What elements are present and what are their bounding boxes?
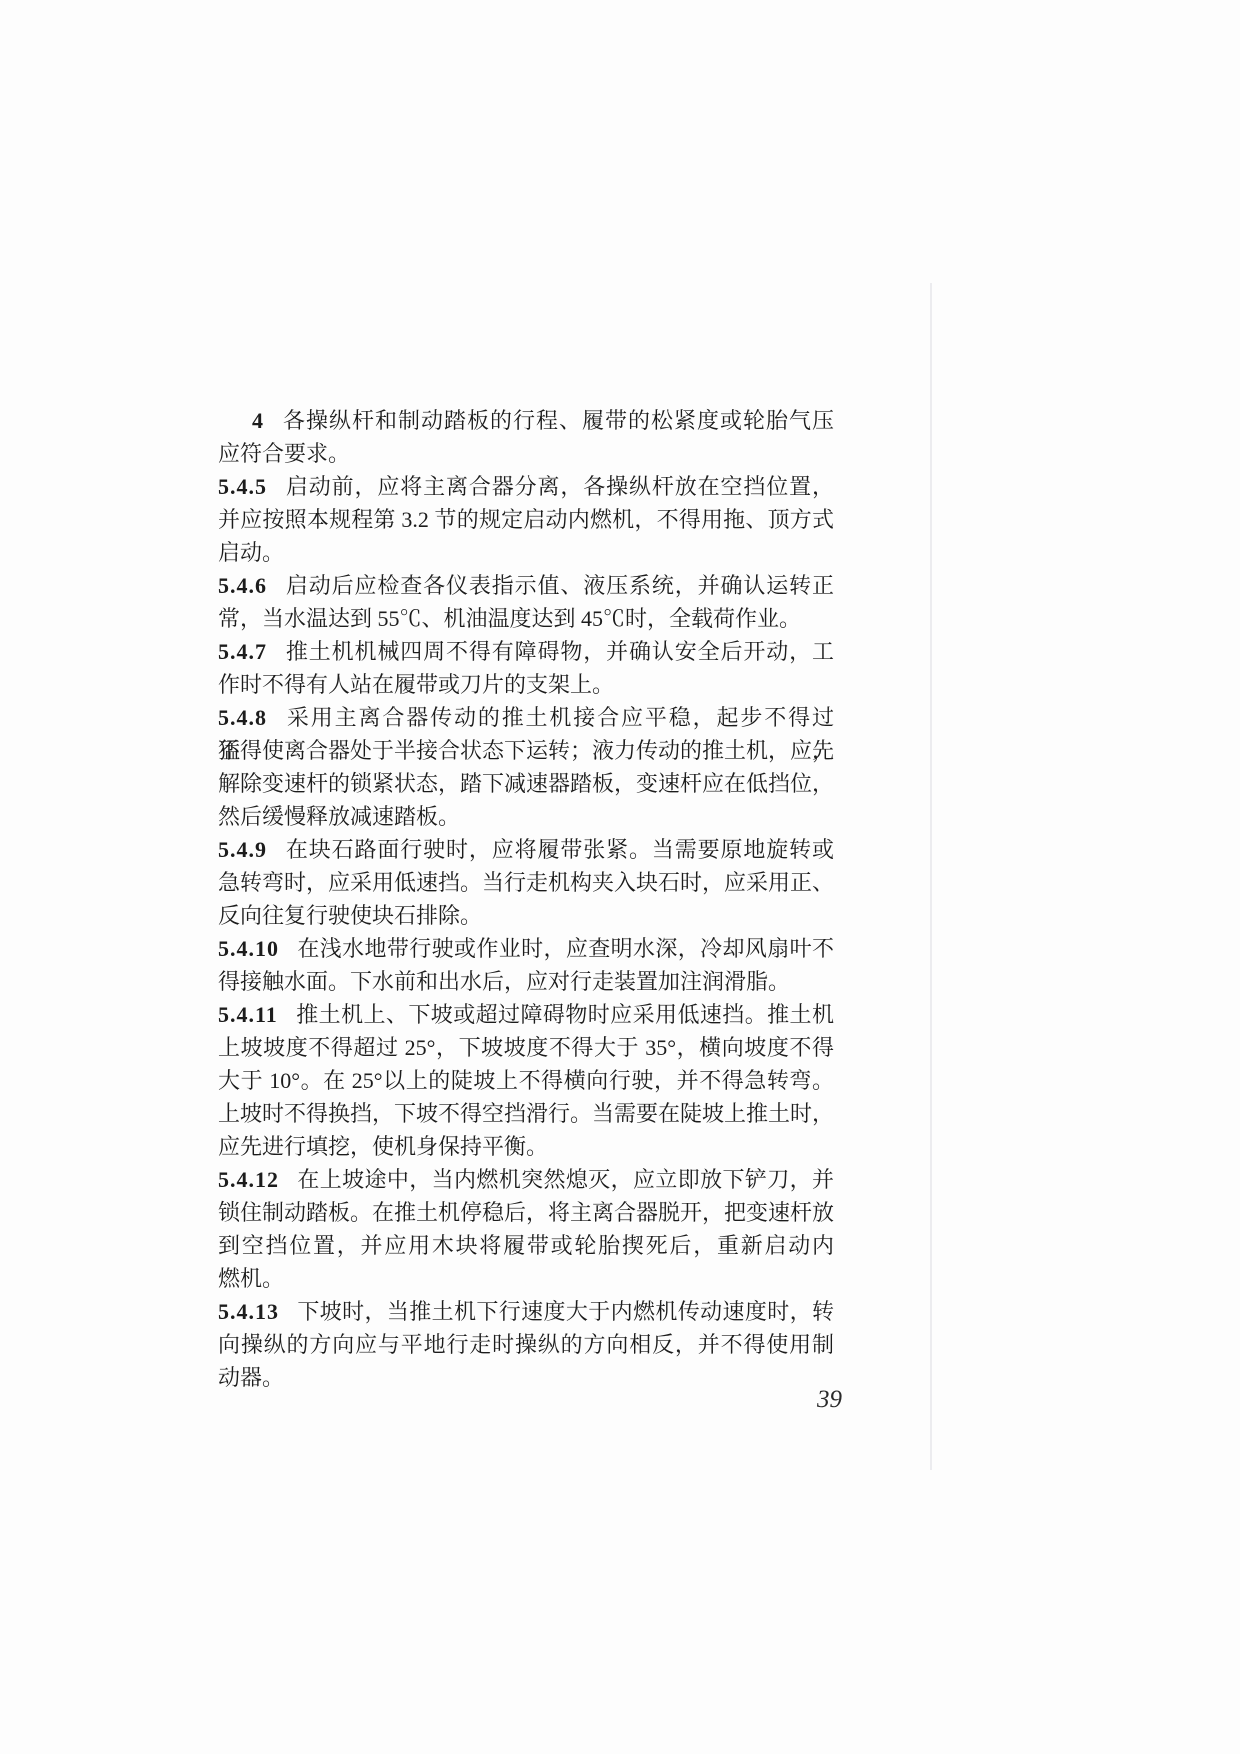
text-line: 启动。 [218,536,834,569]
text-line: 作时不得有人站在履带或刀片的支架上。 [218,668,834,701]
line-text: 推土机机械四周不得有障碍物，并确认安全后开动，工 [285,639,834,664]
line-text: 常，当水温达到 55℃、机油温度达到 45℃时，全载荷作业。 [218,606,801,631]
text-line: 5.4.5启动前，应将主离合器分离，各操纵杆放在空挡位置， [218,470,834,503]
text-line: 上坡时不得换挡，下坡不得空挡滑行。当需要在陡坡上推土时， [218,1097,834,1130]
line-text: 并应按照本规程第 3.2 节的规定启动内燃机，不得用拖、顶方式 [218,507,834,532]
line-text: 向操纵的方向应与平地行走时操纵的方向相反，并不得使用制 [218,1332,834,1357]
text-line: 反向往复行驶使块石排除。 [218,899,834,932]
clause-number: 4 [252,408,264,433]
clause-number: 5.4.11 [218,1002,278,1027]
page-number: 39 [780,1386,842,1414]
text-line: 应符合要求。 [218,437,834,470]
text-line: 5.4.11推土机上、下坡或超过障碍物时应采用低速挡。推土机 [218,998,834,1031]
line-text: 作时不得有人站在履带或刀片的支架上。 [218,672,614,697]
line-text: 推土机上、下坡或超过障碍物时应采用低速挡。推土机 [296,1002,834,1027]
line-text: 燃机。 [218,1266,284,1291]
clause-number: 5.4.9 [218,837,267,862]
text-line: 5.4.12在上坡途中，当内燃机突然熄灭，应立即放下铲刀，并 [218,1163,834,1196]
text-line: 5.4.8采用主离合器传动的推土机接合应平稳，起步不得过猛， [218,701,834,734]
text-line: 并应按照本规程第 3.2 节的规定启动内燃机，不得用拖、顶方式 [218,503,834,536]
clause-number: 5.4.6 [218,573,267,598]
line-text: 启动前，应将主离合器分离，各操纵杆放在空挡位置， [285,474,834,499]
line-text: 急转弯时，应采用低速挡。当行走机构夹入块石时，应采用正、 [218,870,834,895]
line-text: 上坡时不得换挡，下坡不得空挡滑行。当需要在陡坡上推土时， [218,1101,834,1126]
text-line: 锁住制动踏板。在推土机停稳后，将主离合器脱开，把变速杆放 [218,1196,834,1229]
clause-text-block: 4各操纵杆和制动踏板的行程、履带的松紧度或轮胎气压应符合要求。5.4.5启动前，… [218,404,834,1394]
text-line: 常，当水温达到 55℃、机油温度达到 45℃时，全载荷作业。 [218,602,834,635]
text-line: 上坡坡度不得超过 25°，下坡坡度不得大于 35°，横向坡度不得 [218,1031,834,1064]
text-line: 5.4.13下坡时，当推土机下行速度大于内燃机传动速度时，转 [218,1295,834,1328]
scan-artifact-line [930,283,932,1470]
text-line: 大于 10°。在 25°以上的陡坡上不得横向行驶，并不得急转弯。 [218,1064,834,1097]
line-text: 在浅水地带行驶或作业时，应查明水深，冷却风扇叶不 [297,936,834,961]
line-text: 在块石路面行驶时，应将履带张紧。当需要原地旋转或 [285,837,834,862]
text-line: 4各操纵杆和制动踏板的行程、履带的松紧度或轮胎气压 [218,404,834,437]
line-text: 动器。 [218,1365,284,1390]
text-line: 得接触水面。下水前和出水后，应对行走装置加注润滑脂。 [218,965,834,998]
line-text: 应先进行填挖，使机身保持平衡。 [218,1134,548,1159]
clause-number: 5.4.8 [218,705,267,730]
clause-number: 5.4.10 [218,936,279,961]
clause-number: 5.4.13 [218,1299,279,1324]
clause-number: 5.4.5 [218,474,267,499]
clause-number: 5.4.7 [218,639,267,664]
text-line: 燃机。 [218,1262,834,1295]
line-text: 启动后应检查各仪表指示值、液压系统，并确认运转正 [285,573,834,598]
line-text: 反向往复行驶使块石排除。 [218,903,482,928]
line-text: 在上坡途中，当内燃机突然熄灭，应立即放下铲刀，并 [297,1167,834,1192]
text-line: 动器。 [218,1361,834,1394]
line-text: 锁住制动踏板。在推土机停稳后，将主离合器脱开，把变速杆放 [218,1200,834,1225]
text-line: 应先进行填挖，使机身保持平衡。 [218,1130,834,1163]
line-text: 应符合要求。 [218,441,350,466]
text-line: 不得使离合器处于半接合状态下运转；液力传动的推土机，应先 [218,734,834,767]
text-line: 向操纵的方向应与平地行走时操纵的方向相反，并不得使用制 [218,1328,834,1361]
line-text: 然后缓慢释放减速踏板。 [218,804,460,829]
text-line: 然后缓慢释放减速踏板。 [218,800,834,833]
line-text: 启动。 [218,540,284,565]
line-text: 不得使离合器处于半接合状态下运转；液力传动的推土机，应先 [218,738,834,763]
text-line: 急转弯时，应采用低速挡。当行走机构夹入块石时，应采用正、 [218,866,834,899]
line-text: 得接触水面。下水前和出水后，应对行走装置加注润滑脂。 [218,969,790,994]
text-line: 5.4.10在浅水地带行驶或作业时，应查明水深，冷却风扇叶不 [218,932,834,965]
document-page: 4各操纵杆和制动踏板的行程、履带的松紧度或轮胎气压应符合要求。5.4.5启动前，… [0,0,1240,1754]
text-line: 5.4.9在块石路面行驶时，应将履带张紧。当需要原地旋转或 [218,833,834,866]
line-text: 到空挡位置，并应用木块将履带或轮胎揳死后，重新启动内 [218,1233,834,1258]
line-text: 大于 10°。在 25°以上的陡坡上不得横向行驶，并不得急转弯。 [218,1068,834,1093]
text-line: 解除变速杆的锁紧状态，踏下减速器踏板，变速杆应在低挡位， [218,767,834,800]
text-line: 5.4.7推土机机械四周不得有障碍物，并确认安全后开动，工 [218,635,834,668]
line-text: 上坡坡度不得超过 25°，下坡坡度不得大于 35°，横向坡度不得 [218,1035,834,1060]
line-text: 下坡时，当推土机下行速度大于内燃机传动速度时，转 [297,1299,834,1324]
clause-number: 5.4.12 [218,1167,279,1192]
text-line: 到空挡位置，并应用木块将履带或轮胎揳死后，重新启动内 [218,1229,834,1262]
text-line: 5.4.6启动后应检查各仪表指示值、液压系统，并确认运转正 [218,569,834,602]
line-text: 解除变速杆的锁紧状态，踏下减速器踏板，变速杆应在低挡位， [218,771,834,796]
line-text: 各操纵杆和制动踏板的行程、履带的松紧度或轮胎气压 [282,408,834,433]
